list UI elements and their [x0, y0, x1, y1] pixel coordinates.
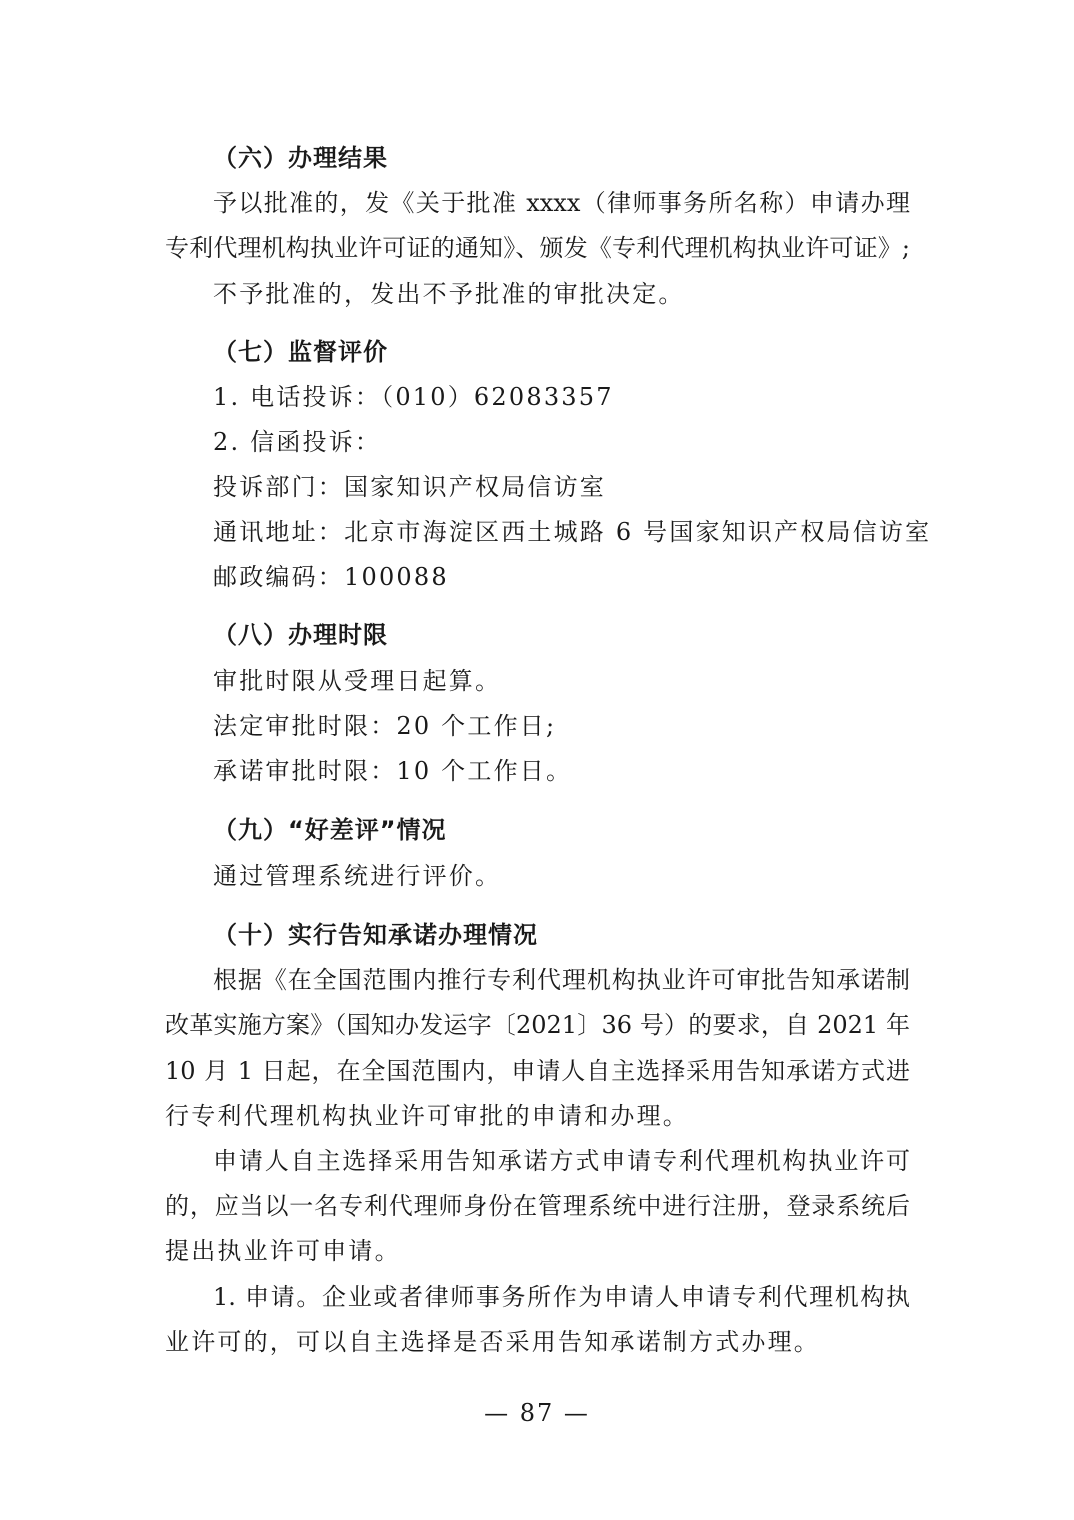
paragraph-line: 专利代理机构执业许可证的通知》、颁发《专利代理机构执业许可证》;: [165, 233, 910, 263]
section-heading-7: （七）监督评价: [213, 337, 388, 367]
letter-complaint-line: 2. 信函投诉：: [213, 427, 381, 457]
address-line: 通讯地址：北京市海淀区西土城路 6 号国家知识产权局信访室: [213, 517, 931, 547]
paragraph-line: 10 月 1 日起，在全国范围内，申请人自主选择采用告知承诺方式进: [165, 1056, 910, 1086]
paragraph-line: 根据《在全国范围内推行专利代理机构执业许可审批告知承诺制: [213, 965, 910, 995]
paragraph-line: 提出执业许可申请。: [165, 1236, 401, 1266]
page-number: — 87 —: [0, 1399, 1074, 1427]
paragraph-line: 行专利代理机构执业许可审批的申请和办理。: [165, 1101, 689, 1131]
section-heading-6: （六）办理结果: [213, 143, 388, 173]
paragraph-line: 申请人自主选择采用告知承诺方式申请专利代理机构执业许可: [213, 1146, 910, 1176]
section-heading-10: （十）实行告知承诺办理情况: [213, 920, 538, 950]
committed-time-limit-line: 承诺审批时限：10 个工作日。: [213, 756, 572, 786]
paragraph-line: 改革实施方案》（国知办发运字〔2021〕36 号）的要求，自 2021 年: [165, 1010, 910, 1040]
paragraph-line: 的，应当以一名专利代理师身份在管理系统中进行注册，登录系统后: [165, 1191, 910, 1221]
statutory-time-limit-line: 法定审批时限：20 个工作日;: [213, 711, 556, 741]
paragraph-line: 审批时限从受理日起算。: [213, 666, 501, 696]
paragraph-line: 予以批准的，发《关于批准 xxxx（律师事务所名称）申请办理: [213, 188, 910, 218]
paragraph-line: 不予批准的，发出不予批准的审批决定。: [213, 279, 685, 309]
paragraph-line: 1. 申请。企业或者律师事务所作为申请人申请专利代理机构执: [213, 1282, 910, 1312]
postal-code-line: 邮政编码：100088: [213, 562, 449, 592]
paragraph-line: 通过管理系统进行评价。: [213, 861, 501, 891]
phone-complaint-line: 1. 电话投诉：（010）62083357: [213, 382, 614, 412]
complaint-department-line: 投诉部门：国家知识产权局信访室: [213, 472, 606, 502]
section-heading-8: （八）办理时限: [213, 620, 388, 650]
paragraph-line: 业许可的，可以自主选择是否采用告知承诺制方式办理。: [165, 1327, 820, 1357]
section-heading-9: （九）“好差评”情况: [213, 815, 447, 845]
document-page: （六）办理结果 予以批准的，发《关于批准 xxxx（律师事务所名称）申请办理 专…: [0, 0, 1074, 1520]
